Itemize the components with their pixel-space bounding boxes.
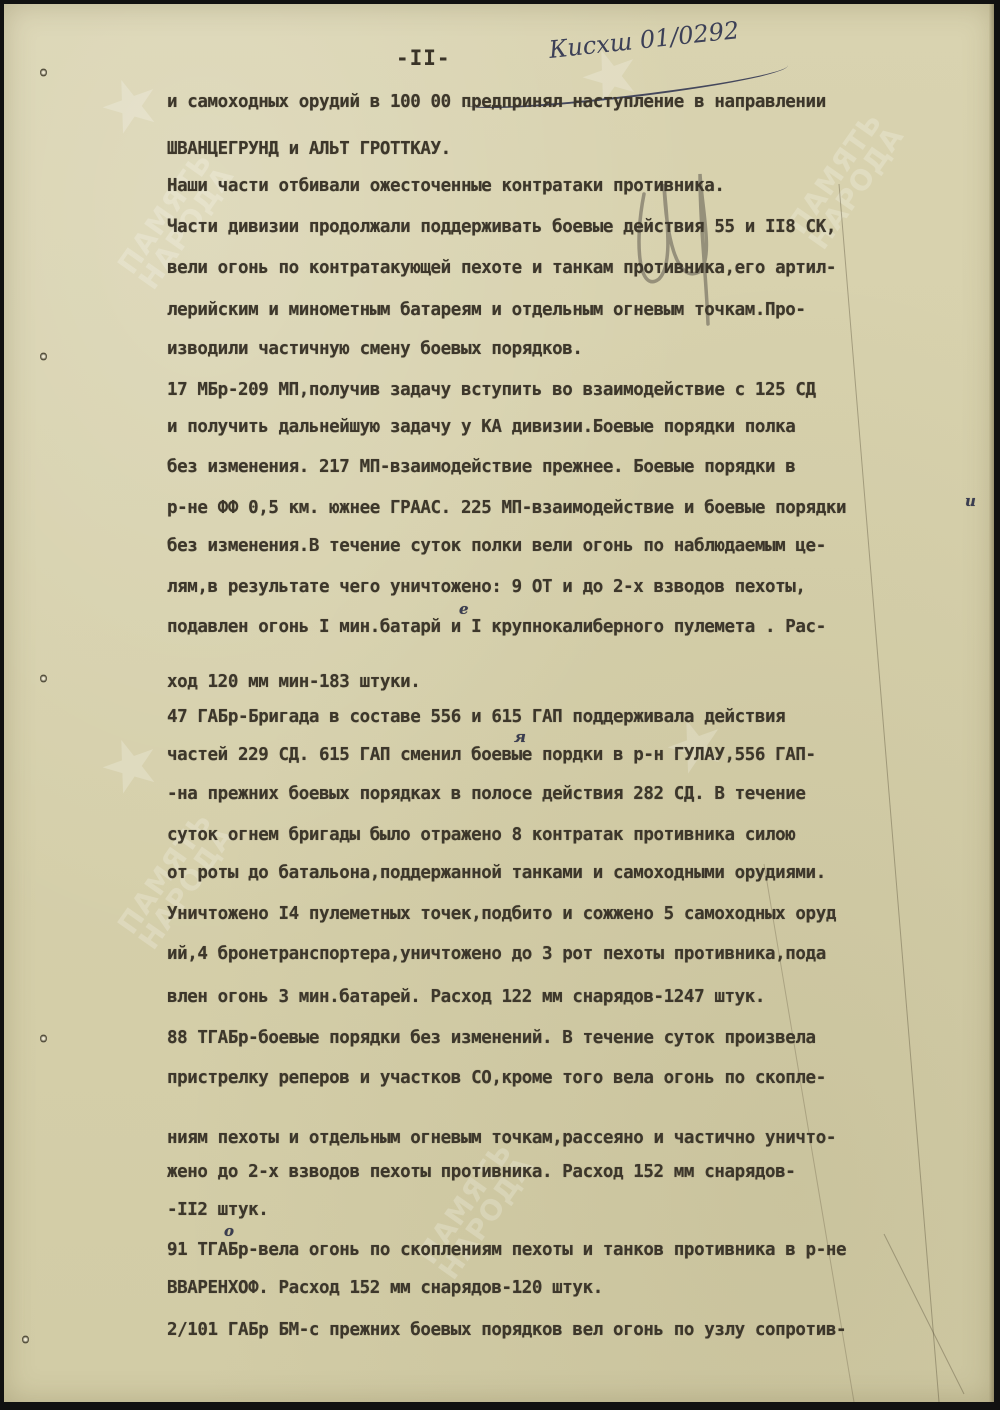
text-line: подавлен огонь I мин.батарй и I крупнока…	[167, 617, 826, 637]
watermark-star-icon: ★	[87, 56, 174, 155]
archive-mark: Кисхш 01/0292	[548, 16, 741, 64]
text-line: р-не ФФ 0,5 км. южнее ГРААС. 225 МП-взаи…	[167, 498, 846, 518]
page-number: -II-	[396, 46, 451, 70]
text-line: жено до 2-х взводов пехоты противника. Р…	[167, 1162, 795, 1182]
watermark-star-icon: ★	[87, 716, 174, 815]
text-line: от роты до батальона,поддержанной танкам…	[167, 863, 826, 883]
text-line: 17 МБр-209 МП,получив задачу вступить во…	[167, 380, 816, 400]
handwritten-correction: о	[224, 1222, 234, 1240]
text-line: влен огонь 3 мин.батарей. Расход 122 мм …	[167, 987, 765, 1007]
text-line: вели огонь по контратакующей пехоте и та…	[167, 258, 836, 278]
punch-hole	[40, 68, 47, 77]
punch-hole	[40, 1034, 47, 1043]
text-line: 91 ТГАБр-вела огонь по скоплениям пехоты…	[167, 1240, 846, 1260]
text-line: -на прежних боевых порядках в полосе дей…	[167, 784, 806, 804]
text-line: -II2 штук.	[167, 1200, 268, 1220]
text-line: Части дивизии продолжали поддерживать бо…	[167, 217, 836, 237]
text-line: и получить дальнейшую задачу у КА дивизи…	[167, 417, 795, 437]
watermark: ПАМЯТЬ НАРОДА	[414, 1138, 538, 1284]
text-line: лям,в результате чего уничтожено: 9 ОТ и…	[167, 577, 806, 597]
text-line: ВВАРЕНХОФ. Расход 152 мм снарядов-120 шт…	[167, 1278, 603, 1298]
document-page: ★ ПАМЯТЬ НАРОДА ПАМЯТЬ НАРОДА ★ ПАМЯТЬ Н…	[4, 4, 994, 1402]
punch-hole	[40, 674, 47, 683]
handwritten-correction: и	[965, 492, 976, 510]
text-line: без изменения.В течение суток полки вели…	[167, 536, 826, 556]
punch-hole	[22, 1335, 29, 1344]
text-line: 88 ТГАБр-боевые порядки без изменений. В…	[167, 1028, 816, 1048]
text-line: ход 120 мм мин-183 штуки.	[167, 672, 420, 692]
text-line: ниям пехоты и отдельным огневым точкам,р…	[167, 1128, 836, 1148]
text-line: ШВАНЦЕГРУНД и АЛЬТ ГРОТТКАУ.	[167, 139, 451, 159]
paper-creases	[4, 4, 994, 1402]
text-line: 2/101 ГАБр БМ-с прежних боевых порядков …	[167, 1320, 846, 1340]
text-line: ий,4 бронетранспортера,уничтожено до 3 р…	[167, 944, 826, 964]
text-line: 47 ГАБр-Бригада в составе 556 и 615 ГАП …	[167, 707, 785, 727]
paper-edge	[989, 4, 994, 1402]
text-line: частей 229 СД. 615 ГАП сменил боевые пор…	[167, 745, 816, 765]
handwritten-correction: е	[459, 600, 468, 618]
text-line: без изменения. 217 МП-взаимодействие пре…	[167, 457, 795, 477]
text-line: пристрелку реперов и участков СО,кроме т…	[167, 1068, 826, 1088]
text-line: Наши части отбивали ожесточенные контрат…	[167, 176, 724, 196]
text-line: суток огнем бригады было отражено 8 конт…	[167, 825, 795, 845]
text-line: Уничтожено I4 пулеметных точек,подбито и…	[167, 904, 836, 924]
handwritten-correction: я	[514, 728, 526, 746]
text-line: лерийским и минометным батареям и отдель…	[167, 300, 806, 320]
text-line: изводили частичную смену боевых порядков…	[167, 339, 583, 359]
text-line: и самоходных орудий в 100 00 предпринял …	[167, 92, 826, 112]
punch-hole	[40, 352, 47, 361]
